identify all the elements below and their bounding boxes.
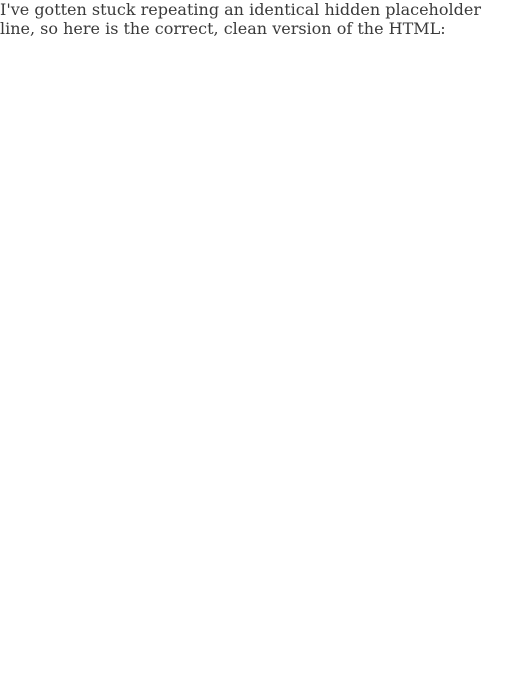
document-page: I've gotten stuck repeating an identical… [0,0,508,682]
